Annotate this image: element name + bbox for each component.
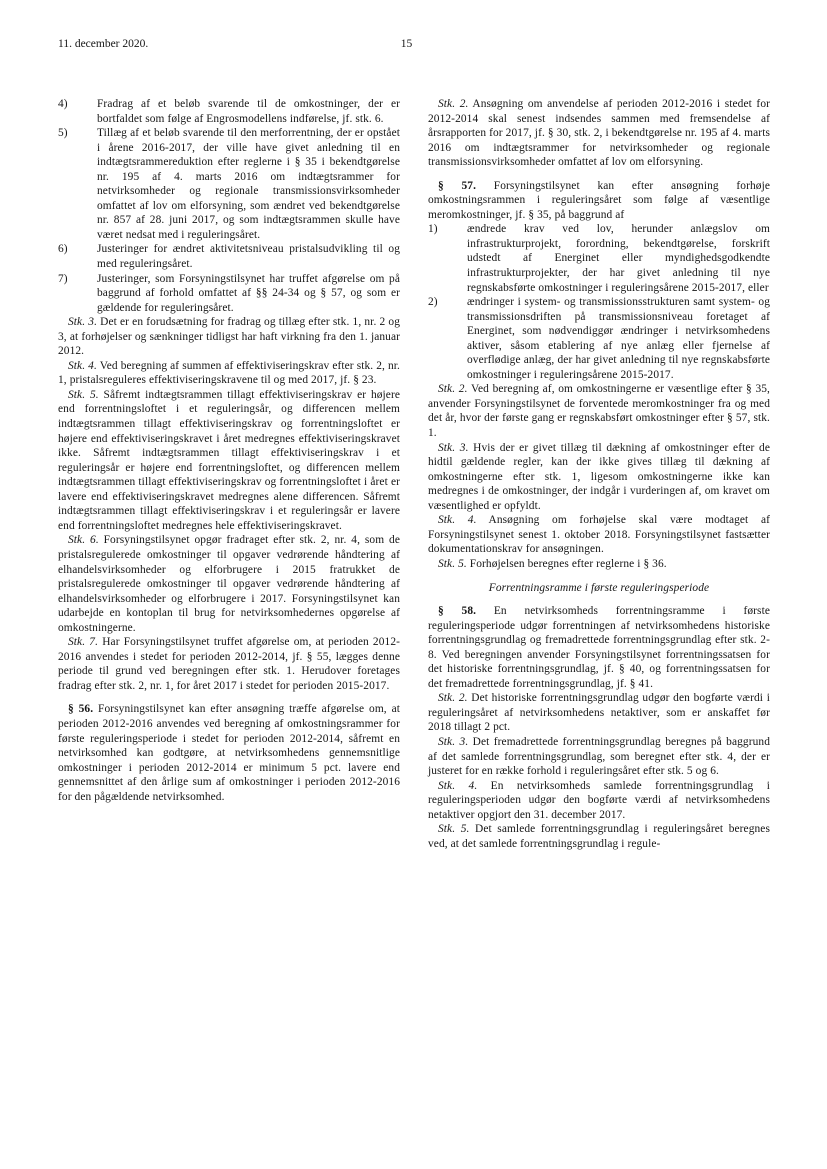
list-item-number: 7) <box>58 272 68 287</box>
list-item: 6)Justeringer for ændret aktivitetsnivea… <box>58 242 400 271</box>
left-column: 4)Fradrag af et beløb svarende til de om… <box>58 97 400 851</box>
stk-label: Stk. 4. <box>68 360 97 372</box>
document-page: 11. december 2020. 15 4)Fradrag af et be… <box>0 0 827 1169</box>
paragraph-text: Ansøgning om forhøjelse skal være modtag… <box>428 514 770 555</box>
list-item-text: ændrede krav ved lov, herunder anlægslov… <box>467 223 770 293</box>
stk-label: Stk. 3. <box>438 442 469 454</box>
list-item-number: 5) <box>58 126 68 141</box>
paragraph-text: Har Forsyningstilsynet truffet afgørelse… <box>58 636 400 692</box>
stk-label: Stk. 5. <box>438 823 469 835</box>
paragraph-text: Ved beregning af, om omkostningerne er v… <box>428 383 770 439</box>
paragraph-text: Forsyningstilsynet kan efter ansøgning f… <box>428 180 770 221</box>
subsection-paragraph: Stk. 4. En netvirksomheds samlede forren… <box>428 779 770 823</box>
section-number: § 56. <box>68 703 93 715</box>
list-item-text: Justeringer, som Forsyningstilsynet har … <box>97 273 400 314</box>
subsection-paragraph: Stk. 3. Hvis der er givet tillæg til dæk… <box>428 441 770 514</box>
stk-label: Stk. 7. <box>68 636 98 648</box>
list-item: 1)ændrede krav ved lov, herunder anlægsl… <box>428 222 770 295</box>
list-item: 4)Fradrag af et beløb svarende til de om… <box>58 97 400 126</box>
list-item-number: 6) <box>58 242 68 257</box>
subsection-paragraph: Stk. 6. Forsyningstilsynet opgør fradrag… <box>58 533 400 635</box>
subsection-paragraph: Stk. 7. Har Forsyningstilsynet truffet a… <box>58 635 400 693</box>
list-item-text: Fradrag af et beløb svarende til de omko… <box>97 98 400 125</box>
stk-label: Stk. 2. <box>438 98 468 110</box>
list-item-number: 4) <box>58 97 68 112</box>
stk-label: Stk. 5. <box>68 389 99 401</box>
stk-label: Stk. 3. <box>438 736 468 748</box>
subsection-paragraph: Stk. 5. Det samlede forrentningsgrundlag… <box>428 822 770 851</box>
paragraph-text: Ved beregning af summen af effektiviseri… <box>58 360 400 387</box>
list-item-text: ændringer i system- og transmissionsstru… <box>467 296 770 381</box>
right-column: Stk. 2. Ansøgning om anvendelse af perio… <box>428 97 770 851</box>
list-item-text: Justeringer for ændret aktivitetsniveau … <box>97 243 400 270</box>
paragraph-text: Hvis der er givet tillæg til dækning af … <box>428 442 770 512</box>
subsection-paragraph: Stk. 5. Forhøjelsen beregnes efter regle… <box>428 557 770 572</box>
list-item-number: 2) <box>428 295 438 310</box>
subsection-paragraph: Stk. 2. Det historiske forrentningsgrund… <box>428 691 770 735</box>
list-item: 5)Tillæg af et beløb svarende til den me… <box>58 126 400 242</box>
section-paragraph: § 57. Forsyningstilsynet kan efter ansøg… <box>428 179 770 223</box>
paragraph-text: Forsyningstilsynet opgør fradraget efter… <box>58 534 400 633</box>
paragraph-text: Det samlede forrentningsgrundlag i regul… <box>428 823 770 850</box>
paragraph-text: Forhøjelsen beregnes efter reglerne i § … <box>467 558 667 570</box>
paragraph-text: Forsyningstilsynet kan efter ansøgning t… <box>58 703 400 802</box>
paragraph-text: Det er en forudsætning for fradrag og ti… <box>58 316 400 357</box>
list-item-text: Tillæg af et beløb svarende til den merf… <box>97 127 400 241</box>
stk-label: Stk. 3. <box>68 316 97 328</box>
stk-label: Stk. 2. <box>438 692 468 704</box>
centered-heading: Forrentningsramme i første reguleringspe… <box>428 581 770 596</box>
paragraph-text: En netvirksomheds samlede forrentningsgr… <box>428 780 770 821</box>
section-paragraph: § 58. En netvirksomheds forrentningsramm… <box>428 604 770 691</box>
list-item: 2)ændringer i system- og transmissionsst… <box>428 295 770 382</box>
paragraph-text: Ansøgning om anvendelse af perioden 2012… <box>428 98 770 168</box>
paragraph-text: En netvirksomheds forrentningsramme i fø… <box>428 605 770 690</box>
stk-label: Stk. 6. <box>68 534 99 546</box>
section-number: § 57. <box>438 180 476 192</box>
subsection-paragraph: Stk. 2. Ved beregning af, om omkostninge… <box>428 382 770 440</box>
subsection-paragraph: Stk. 4. Ansøgning om forhøjelse skal vær… <box>428 513 770 557</box>
paragraph-text: Såfremt indtægtsrammen tillagt effektivi… <box>58 389 400 532</box>
list-item: 7)Justeringer, som Forsyningstilsynet ha… <box>58 272 400 316</box>
stk-label: Stk. 4. <box>438 780 477 792</box>
text-columns: 4)Fradrag af et beløb svarende til de om… <box>58 97 770 851</box>
subsection-paragraph: Stk. 4. Ved beregning af summen af effek… <box>58 359 400 388</box>
section-number: § 58. <box>438 605 476 617</box>
stk-label: Stk. 5. <box>438 558 467 570</box>
section-paragraph: § 56. Forsyningstilsynet kan efter ansøg… <box>58 702 400 804</box>
paragraph-text: Det historiske forrentningsgrundlag udgø… <box>428 692 770 733</box>
list-item-number: 1) <box>428 222 438 237</box>
page-number: 15 <box>58 37 755 51</box>
stk-label: Stk. 2. <box>438 383 468 395</box>
paragraph-text: Det fremadrettede forrentningsgrundlag b… <box>428 736 770 777</box>
stk-label: Stk. 4. <box>438 514 477 526</box>
subsection-paragraph: Stk. 3. Det fremadrettede forrentningsgr… <box>428 735 770 779</box>
subsection-paragraph: Stk. 5. Såfremt indtægtsrammen tillagt e… <box>58 388 400 533</box>
subsection-paragraph: Stk. 3. Det er en forudsætning for fradr… <box>58 315 400 359</box>
subsection-paragraph: Stk. 2. Ansøgning om anvendelse af perio… <box>428 97 770 170</box>
